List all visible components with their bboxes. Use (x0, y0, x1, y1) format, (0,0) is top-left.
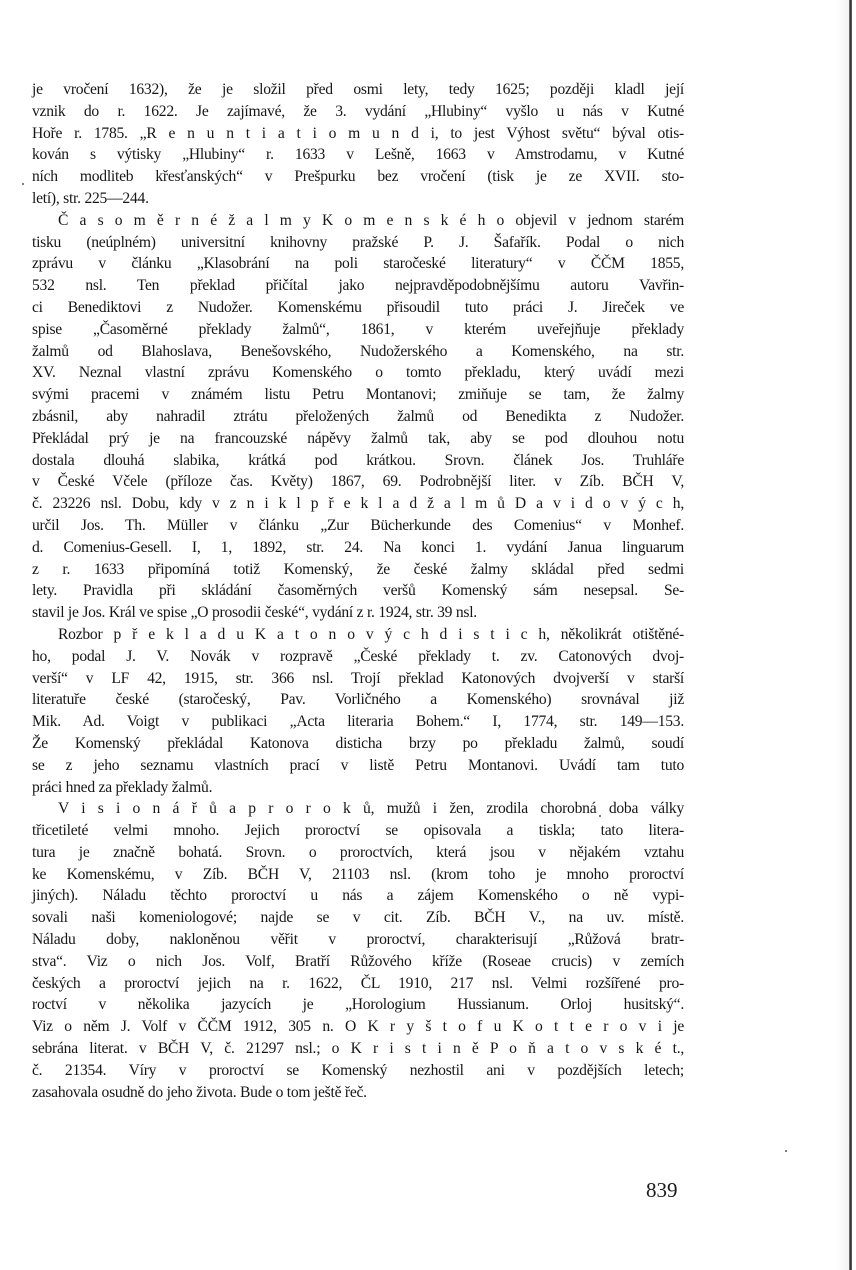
text-line: ke Komenskému, v Zíb. BČH V, 21103 nsl. … (32, 864, 684, 886)
text-line: Že Komenský překládal Katonova disticha … (32, 733, 684, 755)
text-line: lety. Pravidla při skládání časoměrných … (32, 580, 684, 602)
paragraph-first-line: V i s i o n á ř ů a p r o r o k ů, mužů … (32, 798, 684, 820)
scan-speck (785, 1150, 787, 1152)
text-line: č. 21354. Víry v proroctví se Komenský n… (32, 1060, 684, 1082)
text-line: stavil je Jos. Král ve spise „O prosodii… (32, 602, 684, 624)
text-line: svými pracemi v známém listu Petru Monta… (32, 384, 684, 406)
text-line: Překládal prý je na francouzské nápěvy ž… (32, 428, 684, 450)
text-line: práci hned za překlady žalmů. (32, 777, 684, 799)
text-line: se z jeho seznamu vlastních prací v list… (32, 755, 684, 777)
scan-speck (22, 183, 24, 185)
text-line: kován s výtisky „Hlubiny“ r. 1633 v Lešn… (32, 144, 684, 166)
text-line: sovali naši komeniologové; najde se v ci… (32, 907, 684, 929)
text-line: 532 nsl. Ten překlad přičítal jako nejpr… (32, 275, 684, 297)
text-line: d. Comenius-Gesell. I, 1, 1892, str. 24.… (32, 537, 684, 559)
page-gutter-shadow (836, 0, 849, 1270)
text-line: ho, podal J. V. Novák v rozpravě „České … (32, 646, 684, 668)
text-line: XV. Neznal vlastní zprávu Komenského o t… (32, 362, 684, 384)
text-line: roctví v několika jazycích je „Horologiu… (32, 994, 684, 1016)
paragraph-first-line: Rozbor p ř e k l a d u K a t o n o v ý c… (32, 624, 684, 646)
paragraph-first-line: Č a s o m ě r n é ž a l m y K o m e n s … (32, 210, 684, 232)
text-line: dostala dlouhá slabika, krátká pod krátk… (32, 450, 684, 472)
text-line: v České Včele (příloze čas. Květy) 1867,… (32, 471, 684, 493)
text-line: určil Jos. Th. Müller v článku „Zur Büch… (32, 515, 684, 537)
text-line: sebrána literat. v BČH V, č. 21297 nsl.;… (32, 1038, 684, 1060)
text-line: Viz o něm J. Volf v ČČM 1912, 305 n. O K… (32, 1016, 684, 1038)
page-number: 839 (646, 1178, 678, 1203)
text-line: českých a proroctví jejich na r. 1622, Č… (32, 973, 684, 995)
text-line: zbásnil, aby nahradil ztrátu přeložených… (32, 406, 684, 428)
text-line: Mik. Ad. Voigt v publikaci „Acta literar… (32, 711, 684, 733)
text-line: literatuře české (staročeský, Pav. Vorli… (32, 689, 684, 711)
text-line: Hoře r. 1785. „R e n u n t i a t i o m u… (32, 123, 684, 145)
text-line: ních modliteb křesťanských“ v Prešpurku … (32, 166, 684, 188)
text-line: stva“. Viz o nich Jos. Volf, Bratří Růžo… (32, 951, 684, 973)
scan-speck (599, 815, 601, 817)
text-line: tisku (neúplném) universitní knihovny pr… (32, 232, 684, 254)
text-line: verší“ v LF 42, 1915, str. 366 nsl. Troj… (32, 668, 684, 690)
page-edge-border (849, 0, 852, 1270)
text-line: třicetileté velmi mnoho. Jejich proroctv… (32, 820, 684, 842)
text-line: z r. 1633 připomíná totiž Komenský, že č… (32, 559, 684, 581)
text-line: Náladu doby, nakloněnou věřit v proroctv… (32, 929, 684, 951)
text-line: jiných). Náladu těchto proroctví u nás a… (32, 885, 684, 907)
text-line: letí), str. 225—244. (32, 188, 684, 210)
text-line: je vročení 1632), že je složil před osmi… (32, 79, 684, 101)
text-line: zasahovala osudně do jeho života. Bude o… (32, 1082, 684, 1104)
text-line: č. 23226 nsl. Dobu, kdy v z n i k l p ř … (32, 493, 684, 515)
text-line: ci Benediktovi z Nudožer. Komenskému při… (32, 297, 684, 319)
text-line: spise „Časoměrné překlady žalmů“, 1861, … (32, 319, 684, 341)
text-line: žalmů od Blahoslava, Benešovského, Nudož… (32, 341, 684, 363)
text-line: vznik do r. 1622. Je zajímavé, že 3. vyd… (32, 101, 684, 123)
text-line: tura je značně bohatá. Srovn. o proroctv… (32, 842, 684, 864)
body-text: je vročení 1632), že je složil před osmi… (32, 79, 684, 1103)
text-line: zprávu v článku „Klasobrání na poli star… (32, 253, 684, 275)
